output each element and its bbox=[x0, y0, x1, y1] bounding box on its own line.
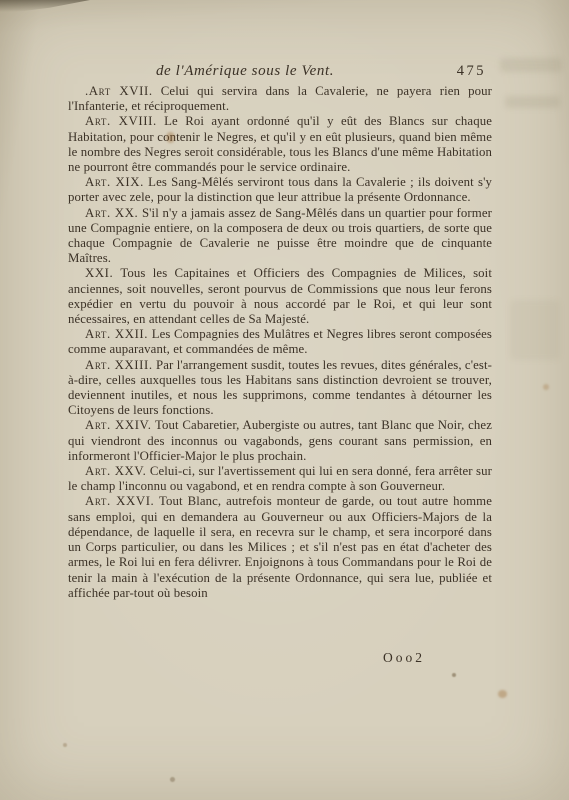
page-number: 475 bbox=[457, 63, 486, 80]
page-corner-shadow bbox=[0, 0, 90, 14]
article-label: .Art XVII. bbox=[85, 84, 153, 98]
article-label: Art. XXII. bbox=[85, 327, 148, 341]
article-label: Art. XXVI. bbox=[85, 494, 154, 508]
article-text: Tous les Capitaines et Officiers des Com… bbox=[68, 266, 492, 326]
article-paragraph: Art. XX. S'il n'y a jamais assez de Sang… bbox=[68, 206, 492, 267]
article-label: XXI. bbox=[85, 266, 113, 280]
running-header: de l'Amérique sous le Vent. 475 bbox=[68, 63, 492, 83]
article-label: Art. XXV. bbox=[85, 464, 146, 478]
article-text: Tout Blanc, autrefois monteur de garde, … bbox=[68, 494, 492, 599]
document-body: .Art XVII. Celui qui servira dans la Cav… bbox=[68, 84, 492, 601]
article-paragraph: Art. XXV. Celui-ci, sur l'avertissement … bbox=[68, 464, 492, 494]
running-header-title: de l'Amérique sous le Vent. bbox=[68, 63, 422, 80]
showthrough-smudge bbox=[505, 96, 560, 108]
paper-stain bbox=[452, 673, 456, 677]
article-label: Art. XX. bbox=[85, 206, 138, 220]
paper-stain bbox=[170, 777, 175, 782]
article-paragraph: XXI. Tous les Capitaines et Officiers de… bbox=[68, 266, 492, 327]
paper-stain bbox=[63, 743, 67, 747]
paper-stain bbox=[498, 690, 507, 698]
article-paragraph: Art. XXII. Les Compagnies des Mulâtres e… bbox=[68, 327, 492, 357]
signature-mark: Ooo2 bbox=[383, 650, 425, 666]
article-paragraph: Art. XXIV. Tout Cabaretier, Aubergiste o… bbox=[68, 418, 492, 464]
article-label: Art. XVIII. bbox=[85, 114, 157, 128]
article-paragraph: Art. XVIII. Le Roi ayant ordonné qu'il y… bbox=[68, 114, 492, 175]
showthrough-smudge bbox=[510, 300, 560, 360]
paper-stain bbox=[543, 384, 549, 390]
article-label: Art. XXIV. bbox=[85, 418, 152, 432]
scanned-page: de l'Amérique sous le Vent. 475 .Art XVI… bbox=[0, 0, 569, 800]
article-paragraph: Art. XXIII. Par l'arrangement susdit, to… bbox=[68, 358, 492, 419]
article-paragraph: Art. XXVI. Tout Blanc, autrefois monteur… bbox=[68, 494, 492, 600]
article-label: Art. XXIII. bbox=[85, 358, 153, 372]
article-paragraph: Art. XIX. Les Sang-Mêlés serviront tous … bbox=[68, 175, 492, 205]
showthrough-smudge bbox=[500, 58, 562, 72]
article-paragraph: .Art XVII. Celui qui servira dans la Cav… bbox=[68, 84, 492, 114]
article-label: Art. XIX. bbox=[85, 175, 144, 189]
